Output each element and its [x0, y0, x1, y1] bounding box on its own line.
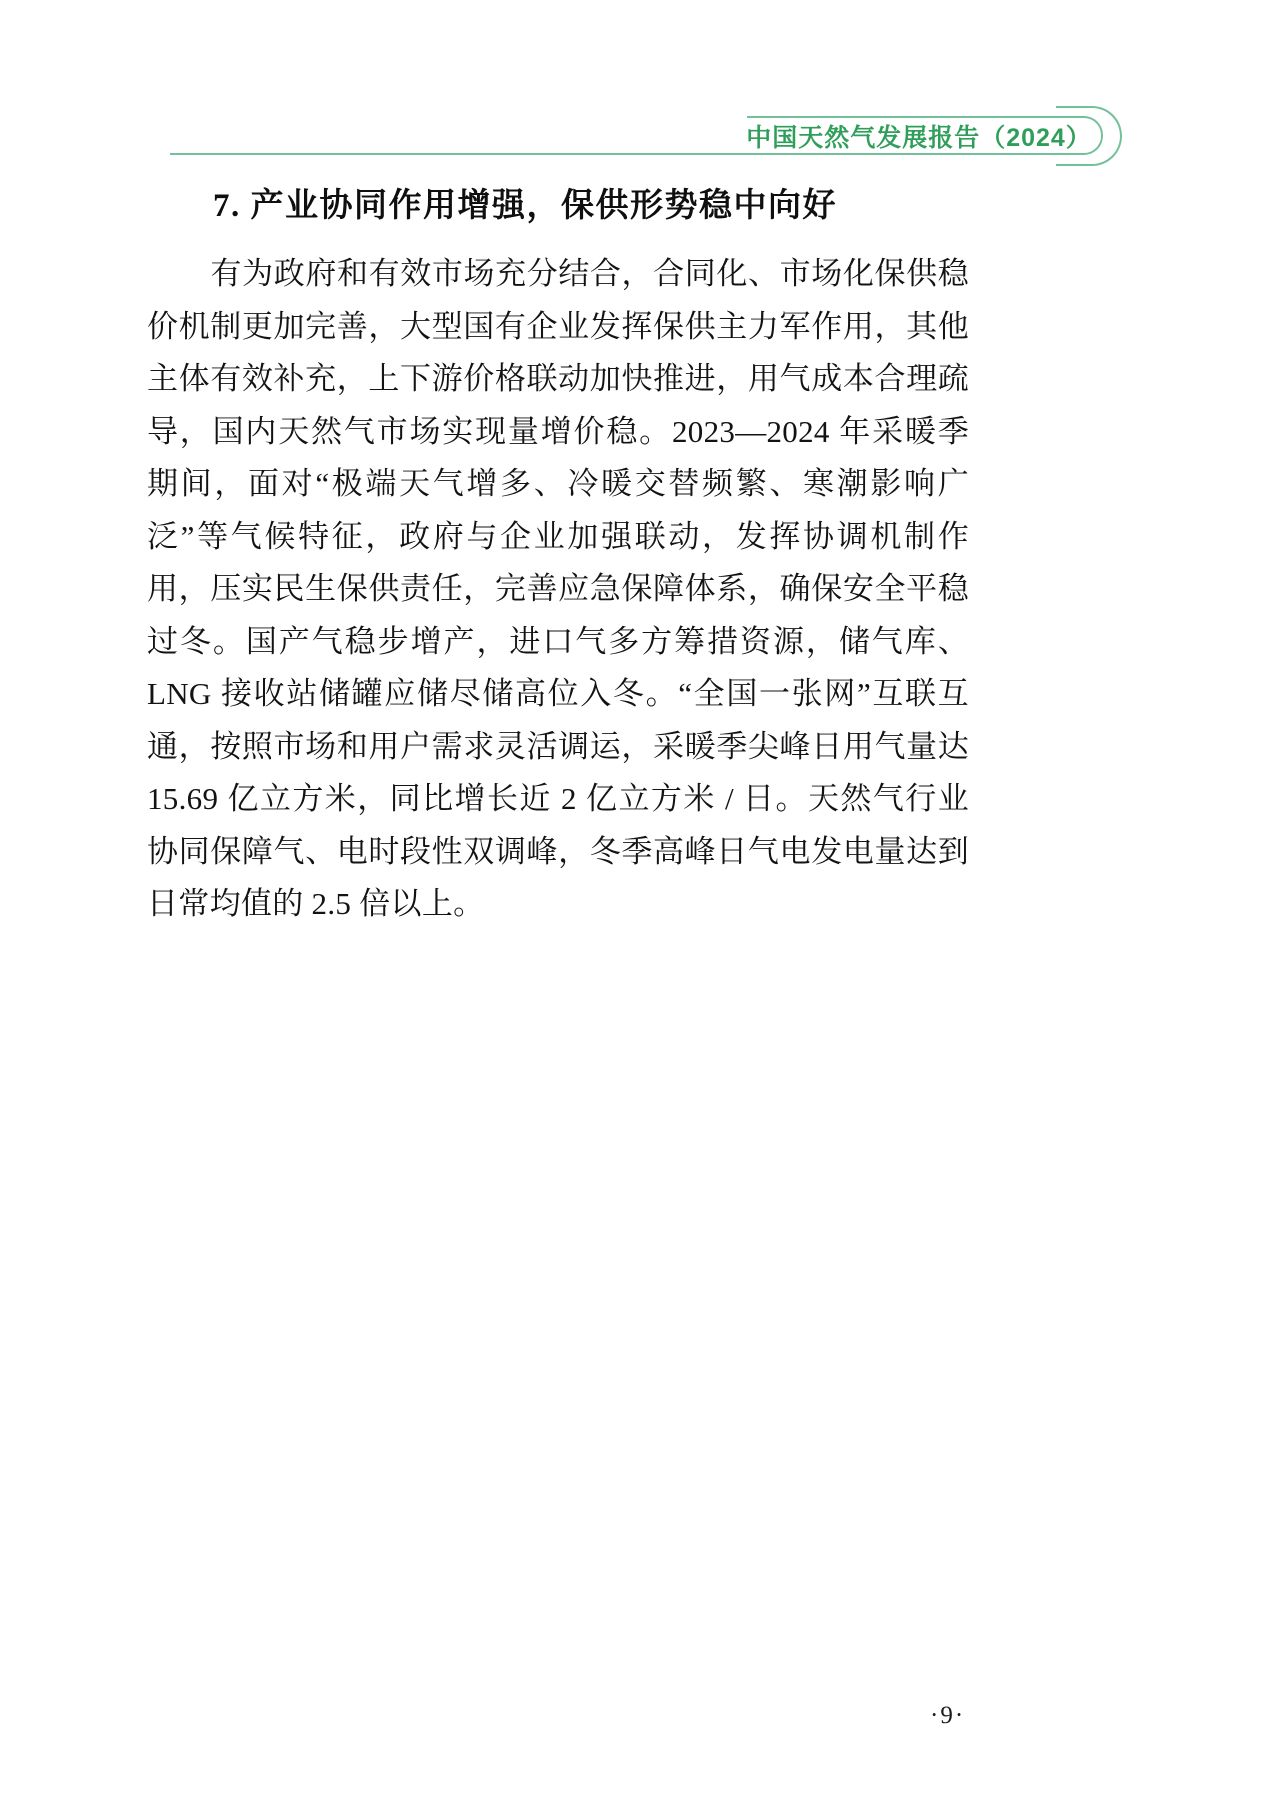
header-title-tab: 中国天然气发展报告（2024） [747, 116, 1103, 155]
section-heading: 7. 产业协同作用增强，保供形势稳中向好 [213, 183, 837, 229]
body-paragraph: 有为政府和有效市场充分结合，合同化、市场化保供稳价机制更加完善，大型国有企业发挥… [147, 248, 969, 931]
header-decorative-arc [1056, 106, 1122, 166]
document-page: 中国天然气发展报告（2024） 7. 产业协同作用增强，保供形势稳中向好 有为政… [0, 0, 1280, 1799]
header-rule [170, 153, 749, 155]
report-title: 中国天然气发展报告（2024） [746, 118, 1092, 154]
page-number: ·9· [930, 1702, 965, 1730]
